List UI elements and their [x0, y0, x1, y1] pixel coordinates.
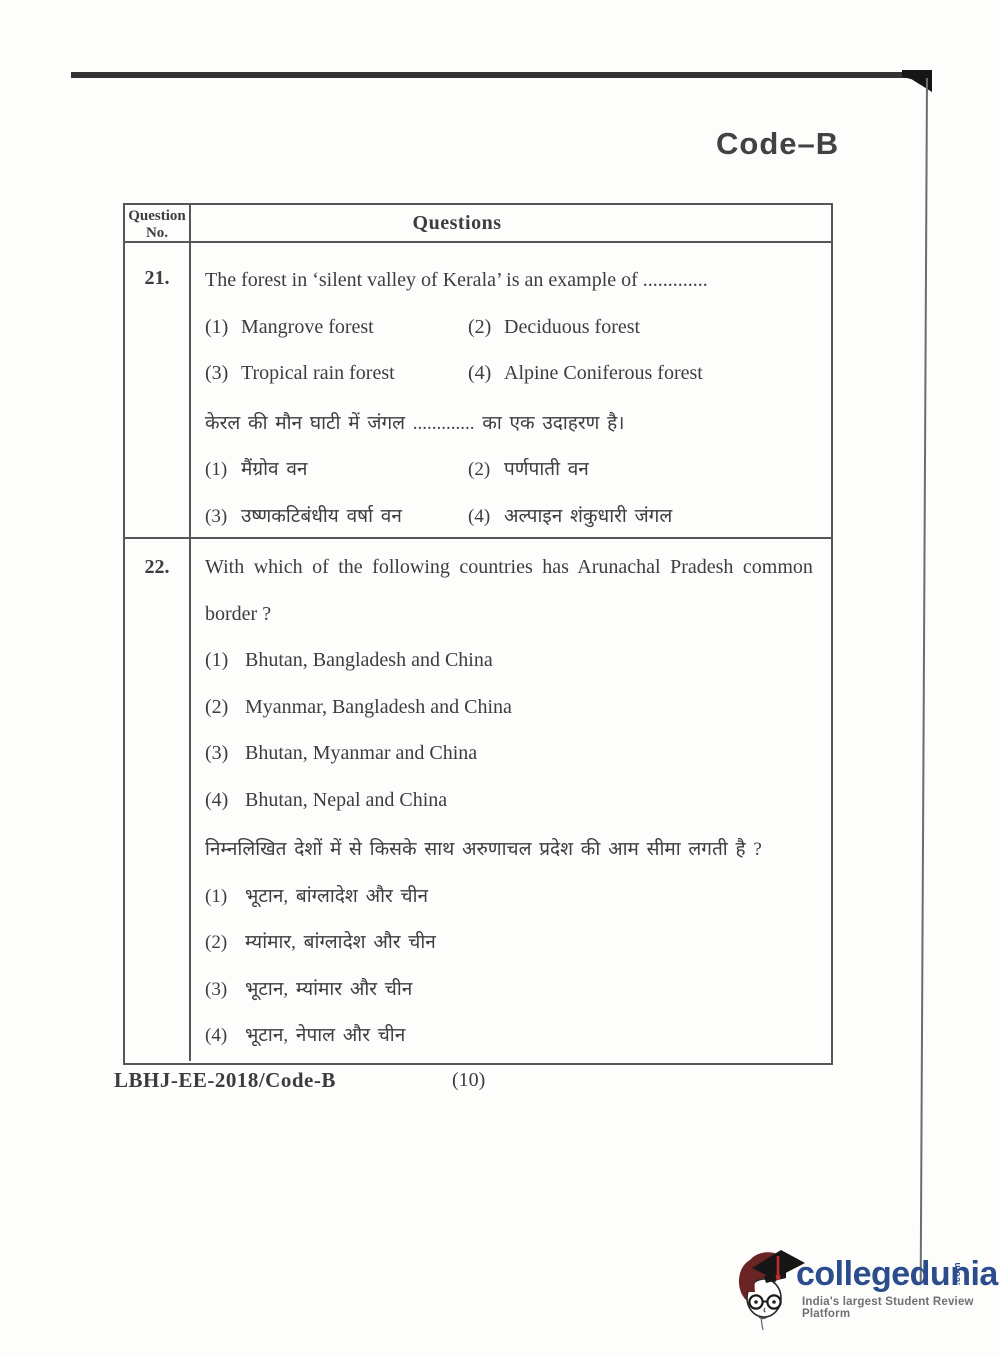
question-21-options-english-row1: (1)Mangrove forest (2)Deciduous forest — [205, 316, 831, 342]
option-label: Tropical rain forest — [241, 362, 395, 384]
question-21-stem-hindi: केरल की मौन घाटी में जंगल ............. … — [205, 409, 831, 435]
option-label: Alpine Coniferous forest — [504, 362, 703, 384]
question-22-option-4-english: (4)Bhutan, Nepal and China — [205, 789, 831, 815]
question-21-option-1-english: (1)Mangrove forest — [205, 316, 468, 342]
option-label: भूटान, बांग्लादेश और चीन — [245, 886, 428, 907]
question-21-options-english-row2: (3)Tropical rain forest (4)Alpine Conife… — [205, 362, 831, 388]
question-22-stem-english-line1: With which of the following countries ha… — [205, 556, 831, 582]
option-number: (3) — [205, 506, 241, 528]
question-22-number: 22. — [125, 539, 191, 1061]
option-label: Bhutan, Bangladesh and China — [245, 649, 493, 671]
question-21-option-2-hindi: (2)पर्णपाती वन — [468, 455, 589, 481]
question-21-option-4-english: (4)Alpine Coniferous forest — [468, 362, 703, 388]
question-21-options-hindi-row1: (1)मैंग्रोव वन (2)पर्णपाती वन — [205, 455, 831, 481]
question-22-option-2-english: (2)Myanmar, Bangladesh and China — [205, 696, 831, 722]
question-21-content: The forest in ‘silent valley of Kerala’ … — [191, 243, 831, 537]
table-header-row: Question No. Questions — [125, 205, 831, 243]
option-label: मैंग्रोव वन — [241, 459, 307, 480]
option-number: (4) — [205, 1025, 245, 1047]
question-row-21: 21. The forest in ‘silent valley of Kera… — [125, 243, 831, 539]
option-label: Bhutan, Nepal and China — [245, 789, 447, 811]
option-label: Myanmar, Bangladesh and China — [245, 696, 512, 718]
col-header-question-no: Question No. — [125, 205, 191, 241]
option-number: (1) — [205, 649, 245, 672]
question-22-option-3-english: (3)Bhutan, Myanmar and China — [205, 742, 831, 768]
option-number: (4) — [468, 362, 504, 385]
option-label: भूटान, म्यांमार और चीन — [245, 979, 412, 1000]
question-21-option-3-hindi: (3)उष्णकटिबंधीय वर्षा वन — [205, 502, 468, 528]
question-21-stem-english: The forest in ‘silent valley of Kerala’ … — [205, 269, 831, 295]
option-number: (1) — [205, 459, 241, 481]
col-header-questions: Questions — [191, 205, 831, 241]
questions-table: Question No. Questions 21. The forest in… — [123, 203, 833, 1065]
question-22-option-1-hindi: (1)भूटान, बांग्लादेश और चीन — [205, 882, 831, 908]
scanned-exam-page: Code–B Question No. Questions 21. The fo… — [0, 0, 1001, 1356]
option-number: (3) — [205, 979, 245, 1001]
question-22-option-1-english: (1)Bhutan, Bangladesh and China — [205, 649, 831, 675]
option-label: पर्णपाती वन — [504, 459, 589, 480]
option-number: (3) — [205, 742, 245, 765]
option-label: Deciduous forest — [504, 316, 640, 338]
option-label: Bhutan, Myanmar and China — [245, 742, 477, 764]
option-number: (4) — [205, 789, 245, 812]
option-number: (2) — [468, 316, 504, 339]
question-21-number: 21. — [125, 243, 191, 537]
footer-page-number: (10) — [452, 1069, 485, 1092]
collegedunia-tagline: India's largest Student Review Platform — [802, 1296, 1001, 1320]
footer-paper-code: LBHJ-EE-2018/Code-B — [114, 1068, 336, 1093]
question-21-option-3-english: (3)Tropical rain forest — [205, 362, 468, 388]
option-label: Mangrove forest — [241, 316, 374, 338]
question-22-stem-hindi: निम्नलिखित देशों में से किसके साथ अरुणाच… — [205, 835, 831, 861]
option-number: (1) — [205, 886, 245, 908]
scan-page-edge-line — [920, 78, 928, 1283]
option-number: (1) — [205, 316, 241, 339]
option-label: उष्णकटिबंधीय वर्षा वन — [241, 506, 402, 527]
option-number: (2) — [205, 932, 245, 954]
option-number: (2) — [205, 696, 245, 719]
question-22-option-3-hindi: (3)भूटान, म्यांमार और चीन — [205, 975, 831, 1001]
question-row-22: 22. With which of the following countrie… — [125, 539, 831, 1061]
paper-code-label: Code–B — [716, 126, 839, 162]
scan-top-bar — [71, 72, 928, 78]
question-22-option-2-hindi: (2)म्यांमार, बांग्लादेश और चीन — [205, 928, 831, 954]
option-number: (3) — [205, 362, 241, 385]
option-label: अल्पाइन शंकुधारी जंगल — [504, 506, 672, 527]
option-label: म्यांमार, बांग्लादेश और चीन — [245, 932, 436, 953]
option-number: (2) — [468, 459, 504, 481]
question-21-option-1-hindi: (1)मैंग्रोव वन — [205, 455, 468, 481]
question-no-header-line2: No. — [146, 225, 168, 241]
question-22-content: With which of the following countries ha… — [191, 539, 831, 1061]
question-21-option-4-hindi: (4)अल्पाइन शंकुधारी जंगल — [468, 502, 672, 528]
collegedunia-domain-suffix: .com — [952, 1262, 962, 1285]
question-no-header-line1: Question — [128, 208, 186, 224]
question-21-option-2-english: (2)Deciduous forest — [468, 316, 640, 342]
collegedunia-brand-name: collegedunia — [796, 1257, 998, 1291]
question-22-stem-english-line2: border ? — [205, 603, 831, 629]
option-number: (4) — [468, 506, 504, 528]
question-22-option-4-hindi: (4)भूटान, नेपाल और चीन — [205, 1021, 831, 1047]
question-21-options-hindi-row2: (3)उष्णकटिबंधीय वर्षा वन (4)अल्पाइन शंकु… — [205, 502, 831, 528]
option-label: भूटान, नेपाल और चीन — [245, 1025, 405, 1046]
